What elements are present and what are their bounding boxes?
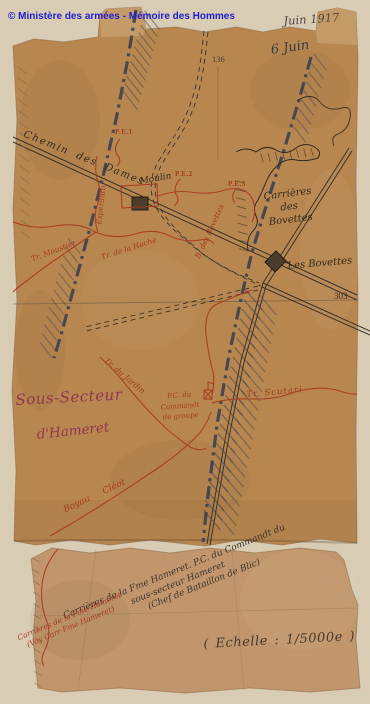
label-pe1: P.E.1 <box>115 128 133 136</box>
label-carrieres-des-bovettes: Carrières des Bovettes <box>260 184 318 229</box>
annotation-sheet-number: 136 <box>212 54 225 64</box>
label-pe2: P.E.2 <box>175 170 193 178</box>
windmill-building <box>132 197 148 210</box>
label-pc-commandant: P.C. du Commandt de groupe <box>154 389 206 424</box>
watermark-copyright: © Ministère des armées - Mémoire des Hom… <box>8 11 235 22</box>
label-pe3: P.E.3 <box>228 180 246 188</box>
label-spot-height-303: 303 <box>334 291 348 301</box>
scanned-map-page: © Ministère des armées - Mémoire des Hom… <box>0 0 370 704</box>
